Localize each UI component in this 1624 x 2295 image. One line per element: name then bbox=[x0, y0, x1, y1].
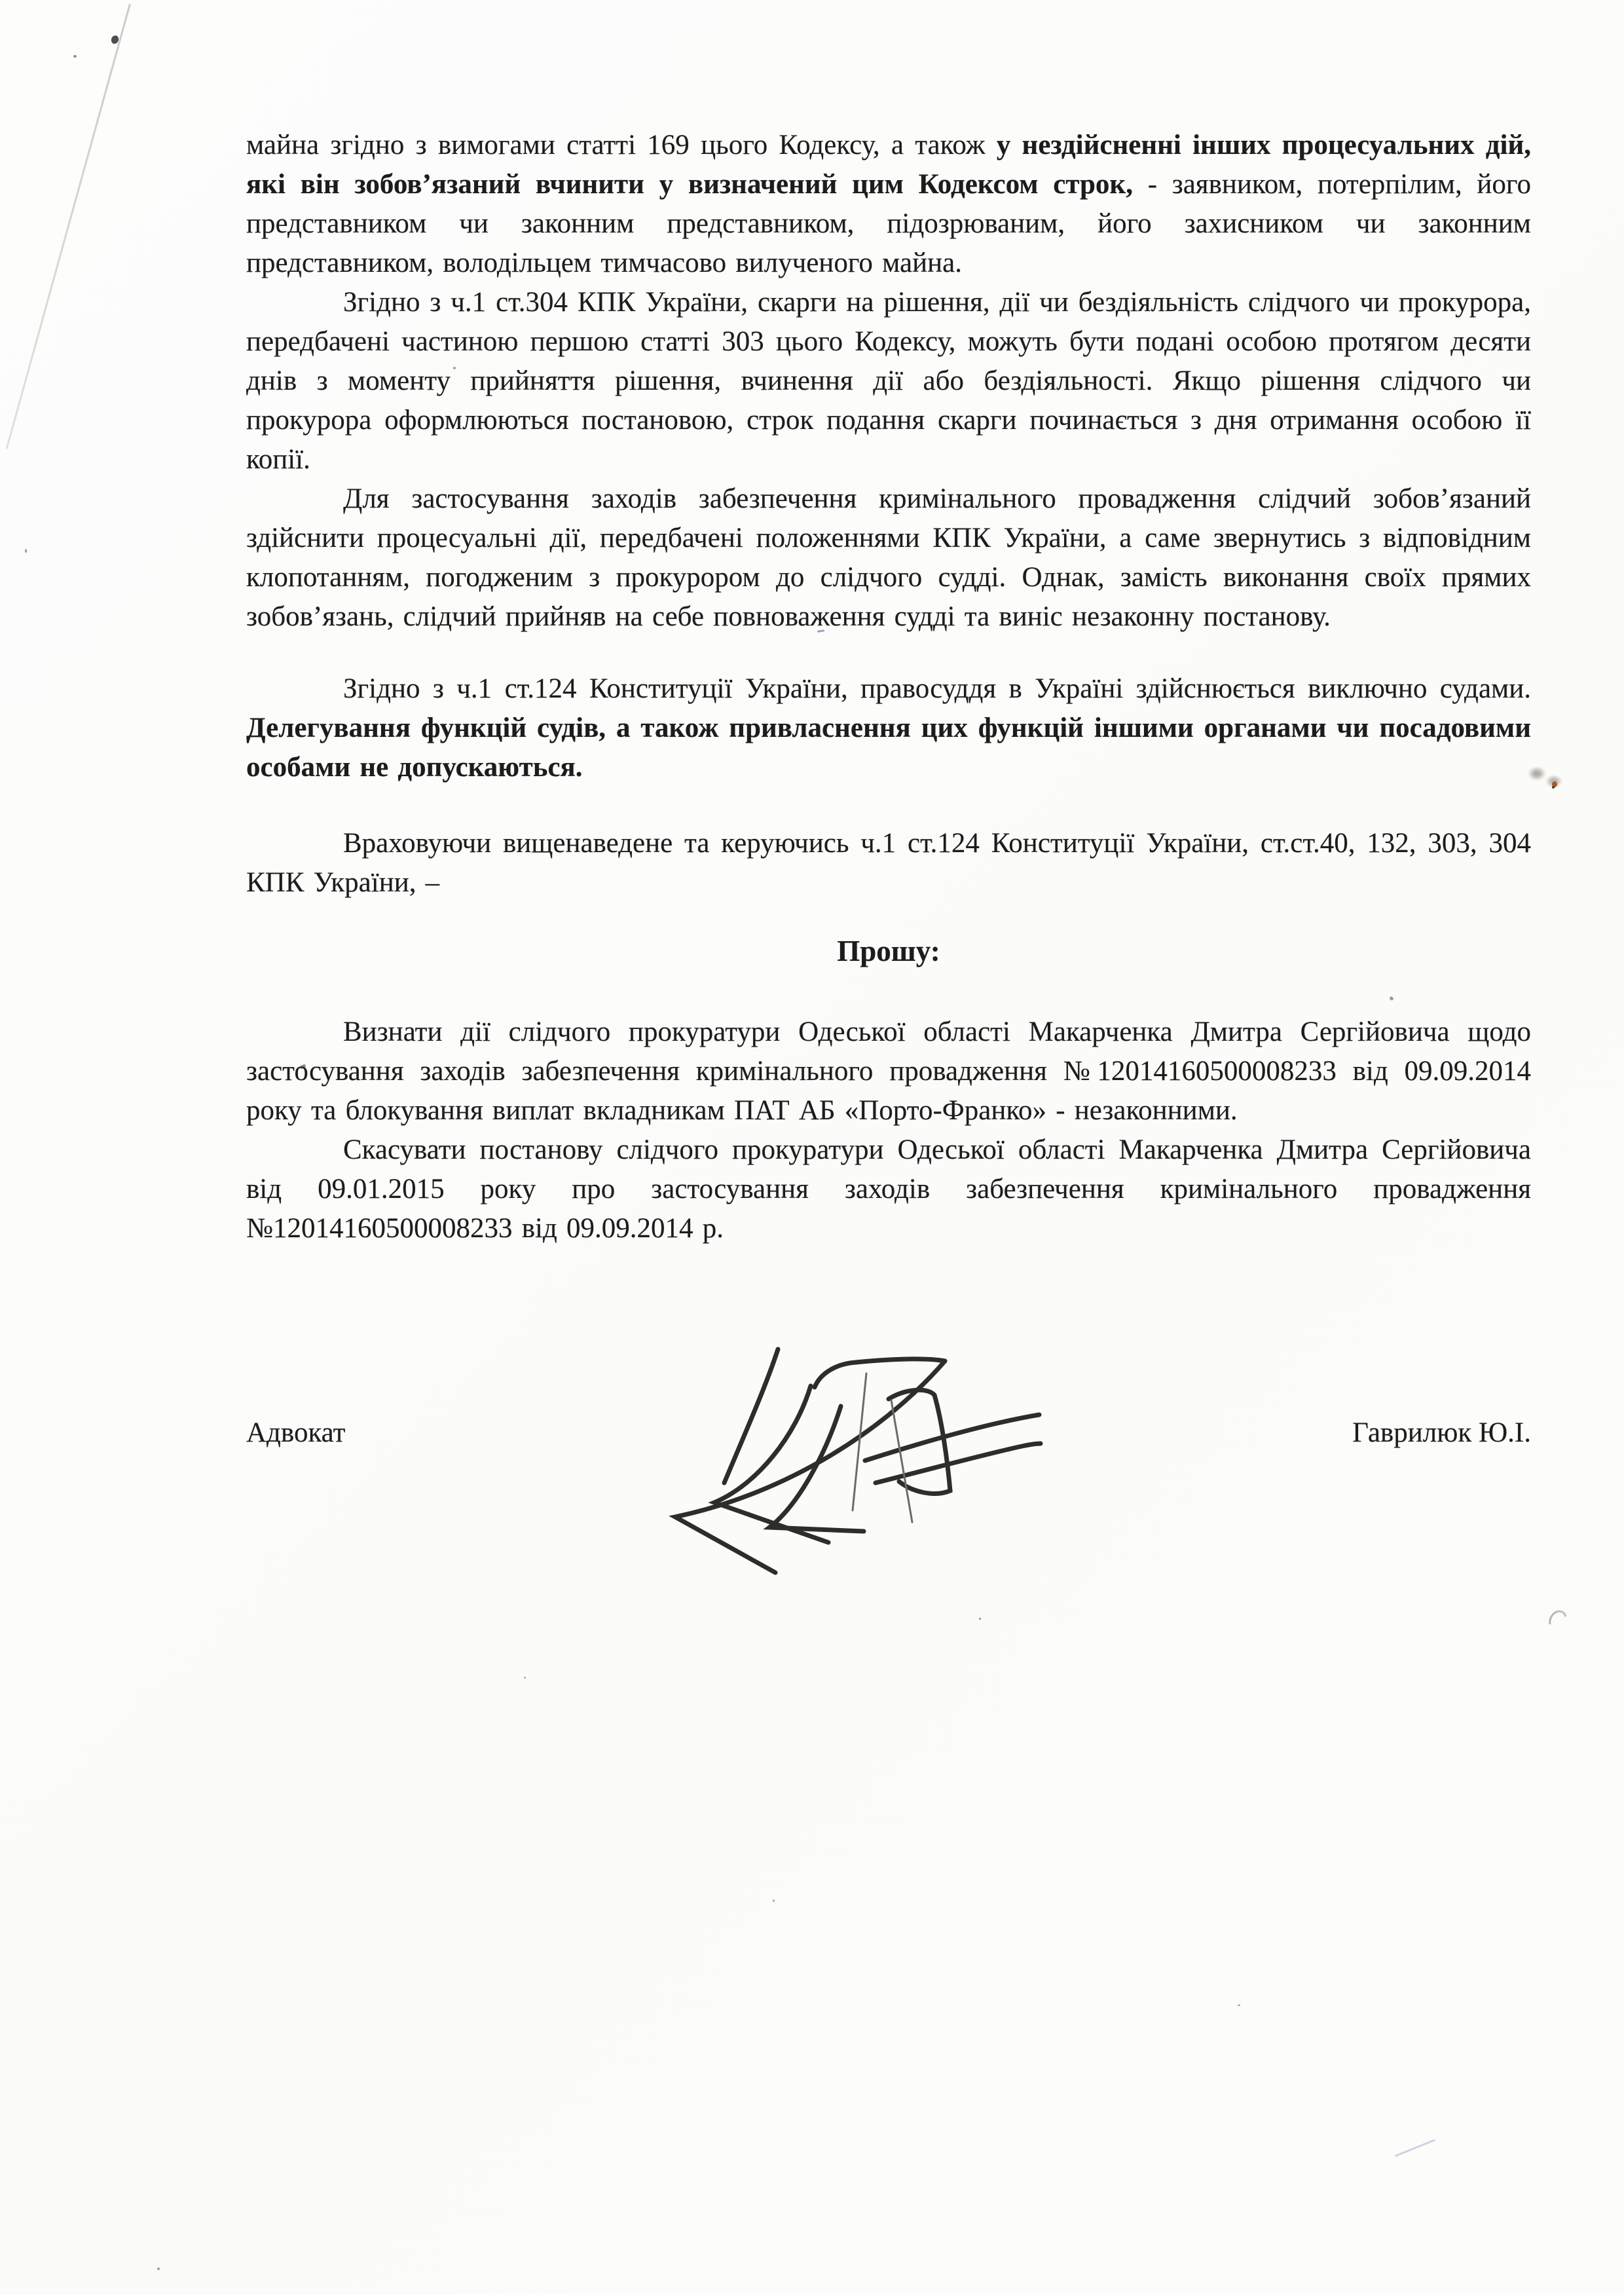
paragraph-art-304: Згідно з ч.1 ст.304 КПК України, скарги … bbox=[246, 283, 1531, 479]
paragraph-constitution: Згідно з ч.1 ст.124 Конституції України,… bbox=[246, 669, 1531, 787]
petition-item-recognize: Визнати дії слідчого прокуратури Одесько… bbox=[246, 1013, 1531, 1130]
text-run-bold: Делегування функцій судів, а також привл… bbox=[246, 713, 1531, 783]
scan-speck bbox=[1552, 786, 1555, 789]
scan-ink-dot bbox=[110, 35, 120, 45]
text-run: Згідно з ч.1 ст.124 Конституції України,… bbox=[343, 673, 1531, 704]
paragraph-continuation: майна згідно з вимогами статті 169 цього… bbox=[246, 126, 1531, 283]
scan-speck bbox=[524, 1677, 526, 1679]
petition-heading: Прошу: bbox=[246, 931, 1531, 971]
text-run: майна згідно з вимогами статті 169 цього… bbox=[246, 130, 997, 160]
scan-smudge-dot bbox=[1552, 781, 1557, 787]
paragraph-measures: Для застосування заходів забезпечення кр… bbox=[246, 479, 1531, 637]
scan-speck bbox=[979, 1618, 981, 1620]
scan-crease-line bbox=[6, 4, 131, 449]
scan-smudge bbox=[1545, 775, 1562, 788]
document-body: майна згідно з вимогами статті 169 цього… bbox=[246, 126, 1531, 1248]
scan-hair-curl bbox=[1545, 1607, 1570, 1633]
scan-pen-mark bbox=[1395, 2139, 1435, 2157]
text-run: Для застосування заходів забезпечення кр… bbox=[246, 483, 1531, 632]
signatory-role: Адвокат bbox=[246, 1413, 345, 1453]
scan-speck bbox=[157, 2267, 160, 2270]
scan-speck bbox=[1238, 2004, 1240, 2006]
text-run: Враховуючи вищенаведене та керуючись ч.1… bbox=[246, 828, 1531, 898]
text-run: Згідно з ч.1 ст.304 КПК України, скарги … bbox=[246, 287, 1531, 475]
signatory-name: Гаврилюк Ю.І. bbox=[1352, 1413, 1531, 1453]
petition-item-cancel: Скасувати постанову слідчого прокуратури… bbox=[246, 1130, 1531, 1248]
text-run: Скасувати постанову слідчого прокуратури… bbox=[246, 1134, 1531, 1244]
paragraph-legal-grounds: Враховуючи вищенаведене та керуючись ч.1… bbox=[246, 824, 1531, 903]
text-run: Визнати дії слідчого прокуратури Одесько… bbox=[246, 1017, 1531, 1126]
scan-speck bbox=[25, 549, 27, 553]
scanned-document-page: майна згідно з вимогами статті 169 цього… bbox=[0, 0, 1624, 2295]
scan-speck bbox=[773, 1899, 775, 1902]
scan-speck bbox=[73, 55, 77, 58]
handwritten-signature bbox=[645, 1344, 1064, 1583]
